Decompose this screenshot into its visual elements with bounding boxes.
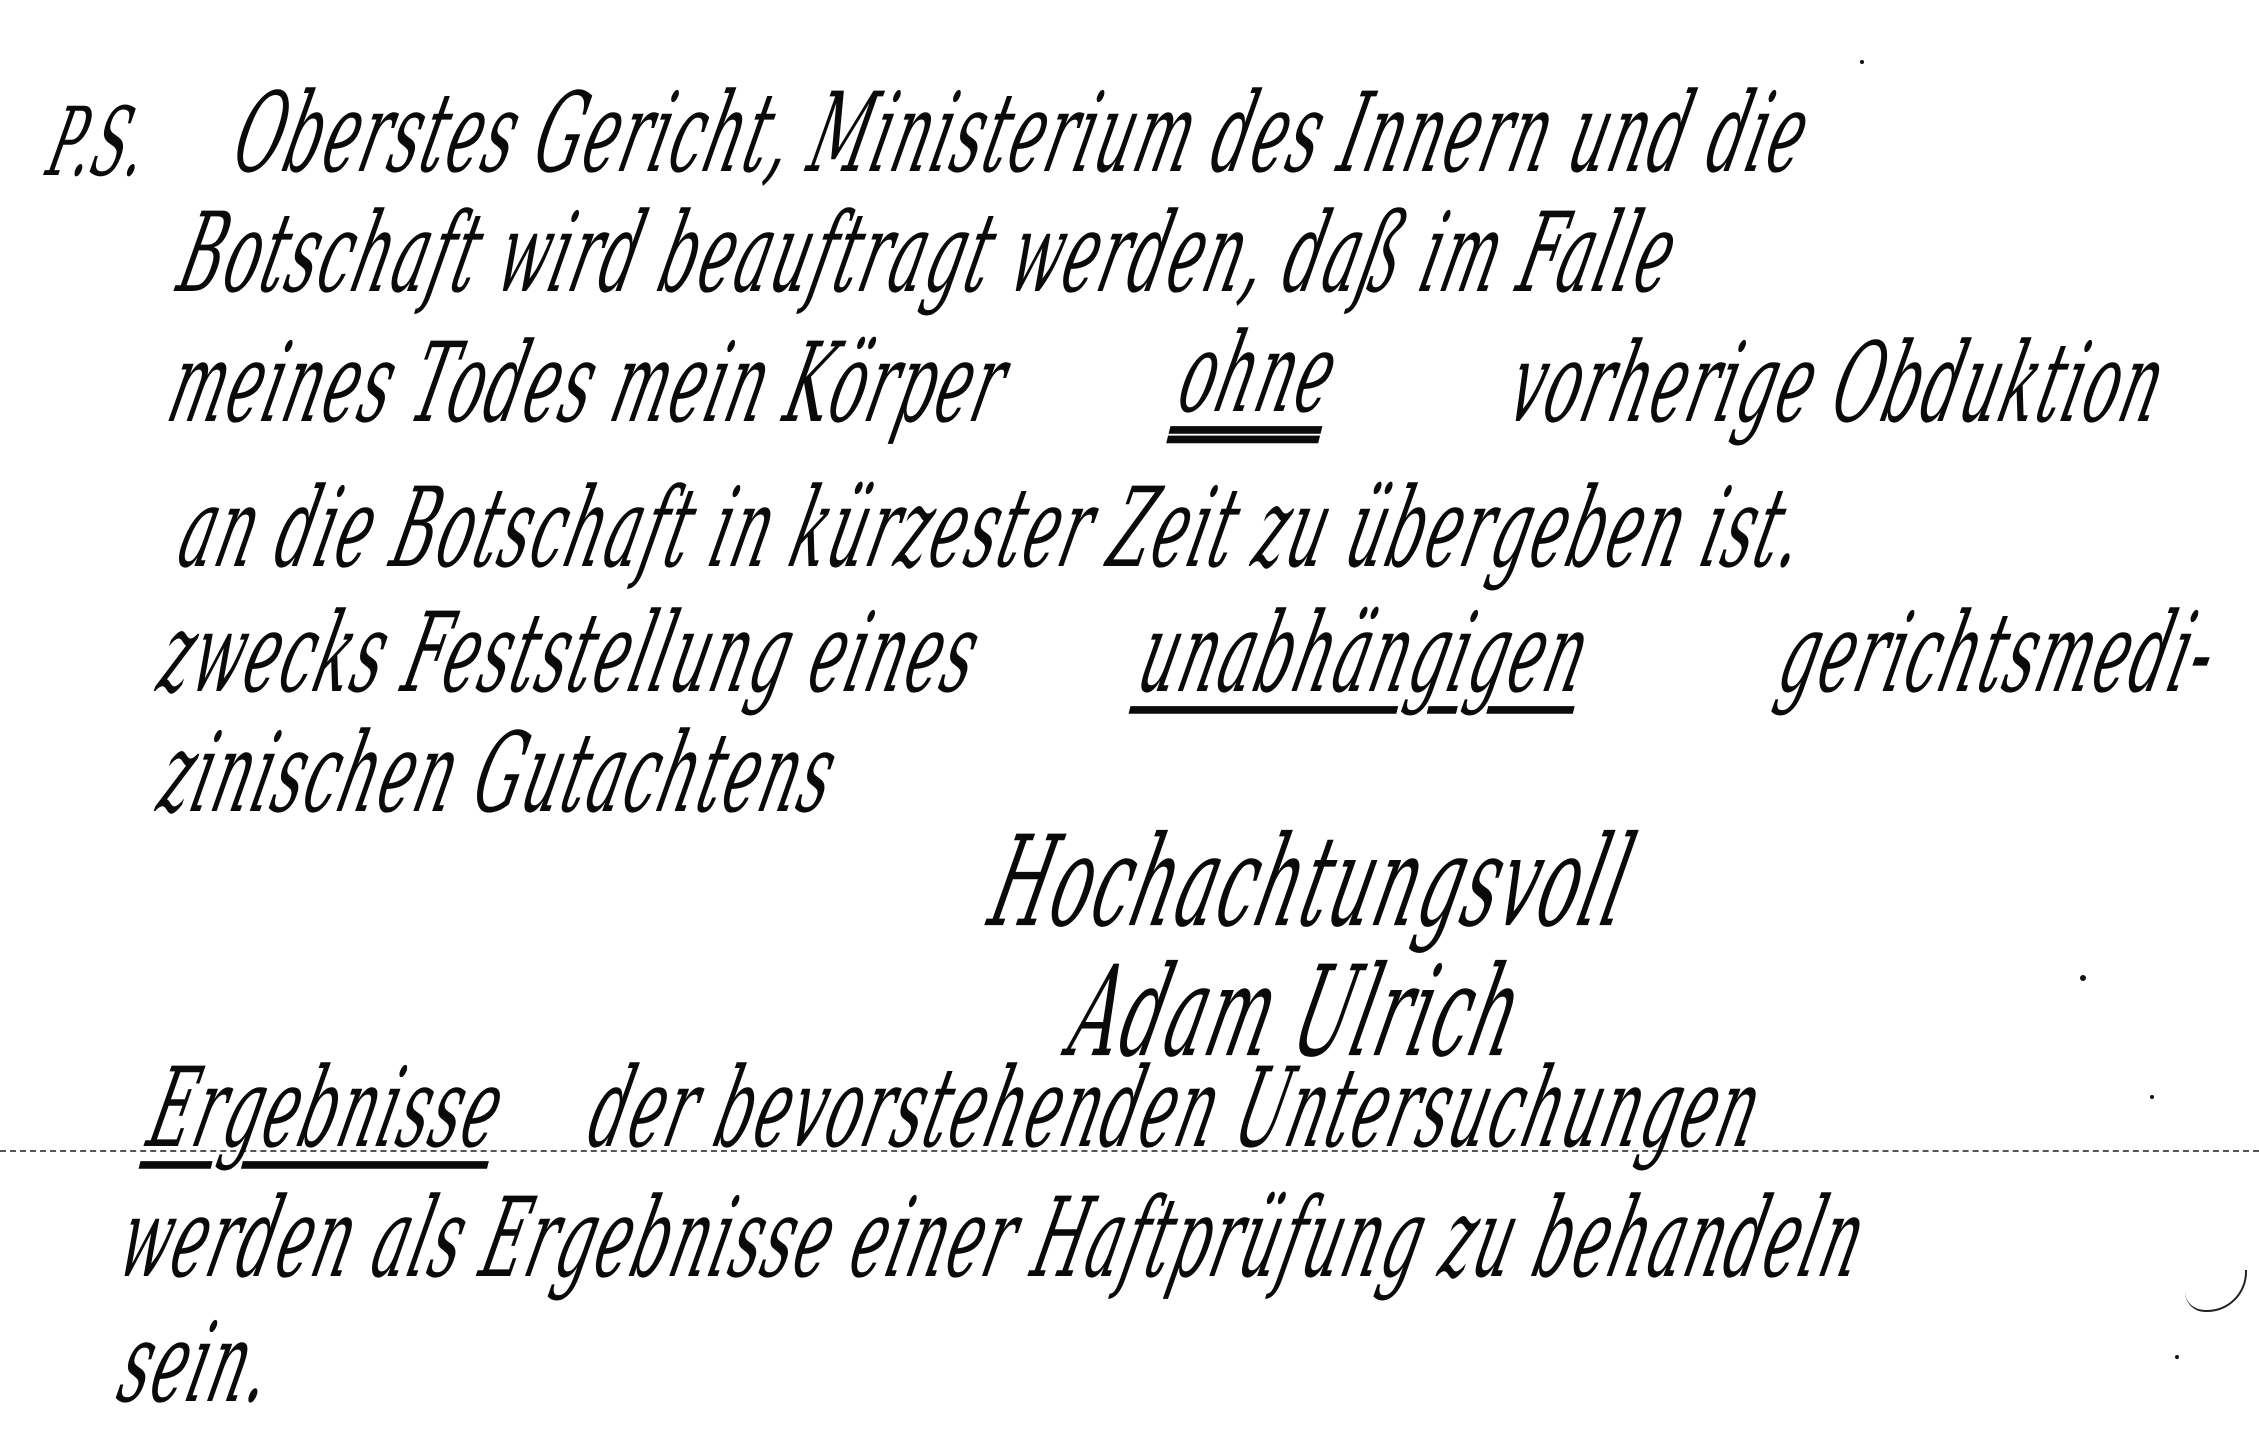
letter-line-6: zinischen Gutachtens — [150, 718, 848, 828]
letter-line-9: sein. — [110, 1308, 286, 1418]
letter-line-3-ohne-underlined: ohne — [1170, 318, 1349, 428]
letter-line-2: Botschaft wird beauftragt werden, daß im… — [170, 198, 1689, 308]
letter-line-7-ergebnisse-underlined: Ergebnisse — [140, 1053, 516, 1163]
letter-line-1: Oberstes Gericht, Ministerium des Innern… — [225, 78, 1821, 188]
letter-line-3a: meines Todes mein Körper — [160, 328, 1019, 438]
closing-salutation: Hochachtungsvoll — [980, 821, 1646, 946]
letter-line-5a: zwecks Feststellung eines — [150, 598, 991, 708]
ink-speck — [2080, 975, 2086, 981]
ps-label: P.S. — [40, 95, 159, 190]
letter-line-7b: der bevorstehenden Untersuchungen — [580, 1053, 1774, 1163]
ink-speck — [1860, 60, 1864, 64]
margin-mark — [2185, 1270, 2247, 1312]
letter-line-3b: vorherige Obduktion — [1500, 328, 2177, 438]
letter-line-5-unabhaengigen-underlined: unabhängigen — [1130, 598, 1602, 708]
ink-speck — [2150, 1095, 2154, 1099]
ink-speck — [2175, 1355, 2179, 1359]
letter-line-8: werden als Ergebnisse einer Haftprüfung … — [110, 1183, 1878, 1293]
letter-line-4: an die Botschaft in kürzester Zeit zu üb… — [170, 473, 1818, 583]
letter-line-5b: gerichtsmedi- — [1770, 598, 2229, 708]
scanned-letter-page: P.S. Oberstes Gericht, Ministerium des I… — [0, 0, 2259, 1455]
